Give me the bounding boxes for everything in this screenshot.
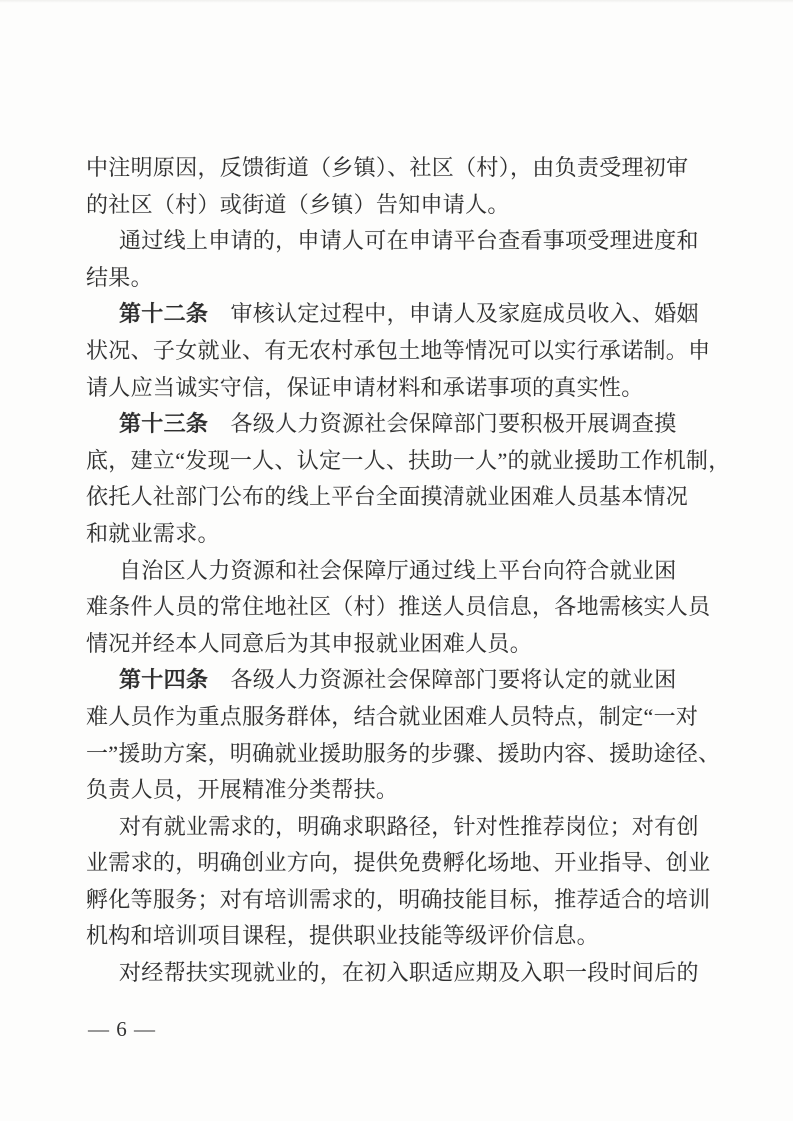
line-text: 各级人力资源社会保障部门要积极开展调查摸: [208, 411, 676, 436]
text-line: 负责人员，开展精准分类帮扶。: [86, 772, 711, 809]
article-number: 第十二条: [119, 301, 208, 326]
text-line: 第十四条 各级人力资源社会保障部门要将认定的就业困: [86, 662, 711, 699]
text-line: 通过线上申请的，申请人可在申请平台查看事项受理进度和: [86, 223, 711, 260]
text-line: 对经帮扶实现就业的，在初入职适应期及入职一段时间后的: [86, 955, 711, 992]
text-line: 业需求的，明确创业方向，提供免费孵化场地、开业指导、创业: [86, 845, 711, 882]
text-line: 第十二条 审核认定过程中，申请人及家庭成员收入、婚姻: [86, 296, 711, 333]
text-line: 自治区人力资源和社会保障厅通过线上平台向符合就业困: [86, 553, 711, 590]
document-page: 中注明原因，反馈街道（乡镇）、社区（村），由负责受理初审 的社区（村）或街道（乡…: [0, 0, 793, 1121]
line-text: 各级人力资源社会保障部门要将认定的就业困: [208, 667, 676, 692]
text-line: 机构和培训项目课程，提供职业技能等级评价信息。: [86, 918, 711, 955]
text-line: 请人应当诚实守信，保证申请材料和承诺事项的真实性。: [86, 370, 711, 407]
text-line: 和就业需求。: [86, 516, 711, 553]
text-line: 难条件人员的常住地社区（村）推送人员信息，各地需核实人员: [86, 589, 711, 626]
text-line: 结果。: [86, 260, 711, 297]
document-body: 中注明原因，反馈街道（乡镇）、社区（村），由负责受理初审 的社区（村）或街道（乡…: [86, 150, 711, 992]
text-line: 难人员作为重点服务群体，结合就业困难人员特点，制定“一对: [86, 699, 711, 736]
text-line: 一”援助方案，明确就业援助服务的步骤、援助内容、援助途径、: [86, 736, 711, 773]
text-line: 底，建立“发现一人、认定一人、扶助一人”的就业援助工作机制，: [86, 443, 711, 480]
page-number: — 6 —: [88, 1014, 156, 1044]
article-number: 第十三条: [119, 411, 208, 436]
text-line: 第十三条 各级人力资源社会保障部门要积极开展调查摸: [86, 406, 711, 443]
text-line: 孵化等服务；对有培训需求的，明确技能目标，推荐适合的培训: [86, 882, 711, 919]
line-text: 审核认定过程中，申请人及家庭成员收入、婚姻: [208, 301, 699, 326]
text-line: 依托人社部门公布的线上平台全面摸清就业困难人员基本情况: [86, 479, 711, 516]
text-line: 状况、子女就业、有无农村承包土地等情况可以实行承诺制。申: [86, 333, 711, 370]
text-line: 情况并经本人同意后为其申报就业困难人员。: [86, 626, 711, 663]
text-line: 对有就业需求的，明确求职路径，针对性推荐岗位；对有创: [86, 809, 711, 846]
text-line: 的社区（村）或街道（乡镇）告知申请人。: [86, 187, 711, 224]
text-line: 中注明原因，反馈街道（乡镇）、社区（村），由负责受理初审: [86, 150, 711, 187]
article-number: 第十四条: [119, 667, 208, 692]
scan-edge: [0, 0, 793, 3]
